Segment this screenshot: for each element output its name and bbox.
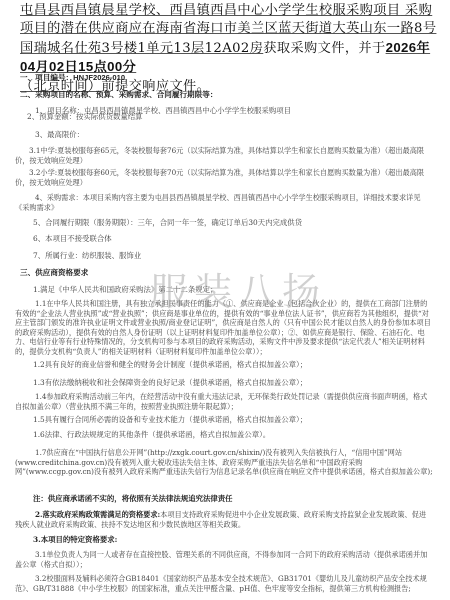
document-page: 屯昌县西昌镇晨星学校、西昌镇西昌中心小学学生校服采购项目 采购项目的潜在供应商应… xyxy=(0,0,450,600)
item-max-price: 3、最高限价： xyxy=(35,130,450,140)
req-1-5: 1.5具有履行合同所必需的设备和专业技术能力（提供承诺函，格式自拟加盖公章）； xyxy=(33,415,450,425)
project-name: 屯昌县西昌镇晨星学校、西昌镇西昌中心小学学生校服采购项目 xyxy=(20,3,400,18)
req-1-3: 1.3有依法缴纳税收和社会保障资金的良好记录（提供承诺函，格式自拟加盖公章）； xyxy=(33,378,450,388)
note-commitment: 注：供应商承诺函不实的，将依照有关法律法规追究法律责任 xyxy=(33,494,450,504)
item-max-price-middle: 3.1中学:夏装校服每套65元，冬装校服每套76元（以实际结算为准，具体结算以学… xyxy=(15,146,433,165)
intro-text: 获取采购文件，并于 xyxy=(263,41,385,56)
req-1-7: 1.7供应商在“中国执行信息公开网”(http://zxgk.court.gov… xyxy=(15,448,433,477)
req-1-4: 1.4参加政府采购活动前三年内，在经营活动中没有重大违法记录，无环保类行政处罚记… xyxy=(15,392,433,411)
req-3-title: 3.本项目的特定资格要求: xyxy=(33,535,450,545)
section-2-title: 二、采购项目的名称、预算、采购需求、合同履行期限等： xyxy=(20,90,450,100)
section-project-number: 一、项目编号：HNJF2026-010 xyxy=(20,73,450,83)
project-number: HNJF2026-010 xyxy=(73,73,125,82)
item-industry: 7、所属行业：纺织服装、服饰业 xyxy=(33,251,450,261)
req-3-2: 3.2校服面料及辅料必须符合GB18401《国家纺织产品基本安全技术规范》、GB… xyxy=(15,574,433,593)
req-2-title: 2.落实政府采购政策需满足的资格要求: xyxy=(35,510,160,519)
req-1: 1.满足《中华人民共和国政府采购法》第二十二条规定； xyxy=(33,285,450,295)
req-3-1: 3.1单位负责人为同一人或者存在直接控股、管理关系的不同供应商，不得参加同一合同… xyxy=(15,550,433,569)
item-max-price-primary: 3.2小学:夏装校服每套60元，冬装校服每套70元（以实际结算为准，具体结算以学… xyxy=(15,168,433,187)
item-requirements: 4、采购需求：本项目采购内容主要为屯昌县西昌镇晨星学校、西昌镇西昌中心小学学生校… xyxy=(15,193,433,212)
item-budget: 2、预算金额：按实际供货数量结算 xyxy=(27,112,450,122)
req-1-1: 1.1在中华人民共和国注册，具有独立承担民事责任的能力（①、供应商是企业（包括合… xyxy=(15,299,433,357)
section-3-title: 三、供应商资格要求 xyxy=(20,268,450,278)
req-1-6: 1.6法律、行政法规规定的其他条件（提供承诺函，格式自拟加盖公章）。 xyxy=(33,430,450,440)
req-2: 2.落实政府采购政策需满足的资格要求:本项目支持政府采购促进中小企业发展政策、政… xyxy=(15,510,433,529)
item-contract-period: 5、合同履行期限（服务期限）：三年，合同一年一签，确定订单后30天内完成供货 xyxy=(33,218,450,228)
section-label: 一、项目编号： xyxy=(20,73,73,82)
item-no-consortium: 6、本项目不接受联合体 xyxy=(33,234,450,244)
req-1-2: 1.2具有良好的商业信誉和健全的财务会计制度（提供承诺函，格式自拟加盖公章）； xyxy=(33,360,450,370)
